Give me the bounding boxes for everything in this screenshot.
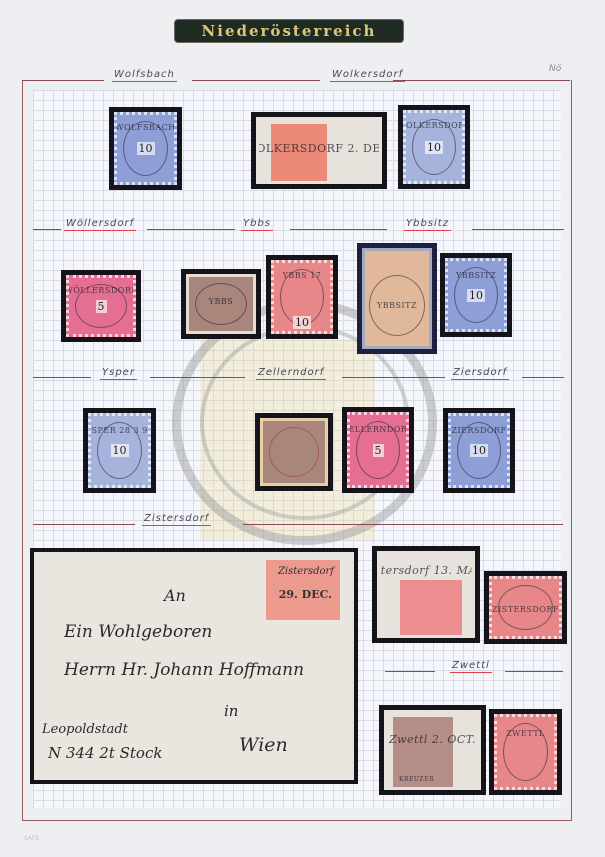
section-rule (243, 524, 563, 525)
section-rule (393, 80, 570, 81)
postmark-text: ZWETTL (506, 729, 545, 738)
stamp-mount[interactable]: WÖLLERSDORF 5 (61, 270, 141, 342)
stamp-mount[interactable]: Zistersdorf 13. MAR. (372, 546, 480, 643)
stamp: ZIERSDORF 10 (448, 413, 510, 488)
cover-postmark-town: Zistersdorf (278, 566, 334, 577)
section-rule (522, 377, 564, 378)
stamp-on-piece: Zistersdorf 13. MAR. (377, 551, 475, 638)
section-rule (150, 377, 245, 378)
corner-note: Nö (549, 64, 561, 74)
stamp-on-piece: YBBSITZ (362, 248, 432, 349)
stamp-mount[interactable]: Zwettl 2. OCT. KREUZER (379, 705, 486, 795)
section-label-woellersdorf: Wöllersdorf (64, 218, 136, 231)
stamp-on-piece: WOLKERSDORF 2. DEC. (256, 117, 382, 184)
stamp-mount[interactable]: ZIERSDORF 10 (443, 408, 515, 493)
stamp: ZWETTL (494, 714, 557, 790)
stamp-value: 5 (373, 444, 384, 457)
section-label-zwettl: Zwettl (450, 660, 492, 673)
sender-line: N 344 2t Stock (48, 744, 162, 762)
stamp-value: 10 (111, 444, 129, 457)
postmark-text: ZELLERNDORF (347, 425, 409, 434)
section-rule (472, 229, 564, 230)
sender-line: Leopoldstadt (42, 722, 128, 737)
stamp-mount[interactable]: WOLFSBACH 10 (109, 107, 182, 190)
postmark-text: YBBS (209, 297, 234, 306)
postal-cover[interactable]: Zistersdorf 29. DEC. An Ein Wohlgeboren … (30, 548, 358, 784)
stamp-value: 10 (425, 141, 443, 154)
postmark-ring (269, 427, 319, 477)
stamp: ZISTERSDORF (489, 576, 562, 639)
postmark-text: ZIERSDORF (451, 426, 506, 435)
section-rule (33, 377, 91, 378)
page-title: Niederösterreich (202, 22, 377, 40)
section-label-ysper: Ysper (100, 367, 137, 380)
stamp-value: 10 (470, 444, 488, 457)
stamp: WÖLLERSDORF 5 (66, 275, 136, 337)
address-line: An (164, 586, 186, 605)
postmark-text: YBBS 17 (283, 271, 322, 280)
postmark-text: WÖLLERSDORF (66, 286, 136, 295)
postmark-text: WOLKERSDORF 2. DEC. (256, 142, 382, 155)
postmark-text: YSPER 28 3 99 (88, 426, 151, 435)
stamp-mount[interactable]: ZWETTL (489, 709, 562, 795)
section-label-wolfsbach: Wolfsbach (112, 69, 177, 82)
page-title-plate: Niederösterreich (175, 20, 403, 42)
stamp: ZELLERNDORF 5 (347, 412, 409, 488)
stamp: YBBS 17 10 (271, 260, 333, 334)
stamp-mount[interactable]: ZISTERSDORF (484, 571, 567, 644)
postmark-text: ZISTERSDORF (492, 605, 559, 614)
stamp-value: 10 (467, 289, 485, 302)
section-rule (290, 229, 387, 230)
section-rule (342, 377, 445, 378)
section-rule (33, 229, 61, 230)
address-line: Wien (239, 734, 288, 756)
stamp-mount[interactable]: YBBSITZ 10 (440, 253, 512, 337)
address-line: Ein Wohlgeboren (64, 622, 212, 642)
stamp: WOLFSBACH 10 (114, 112, 177, 185)
stamp: WOLKERSDORF 10 (403, 110, 465, 184)
stamp: YBBS (186, 274, 256, 334)
stamp: YBBSITZ 10 (445, 258, 507, 332)
stamp (260, 418, 328, 486)
stamp-mount[interactable]: YBBS (181, 269, 261, 339)
section-rule (192, 80, 320, 81)
footer-code: SAFE (24, 835, 39, 842)
section-rule (505, 671, 563, 672)
stamp-value: 10 (293, 316, 311, 329)
postmark-text: Zwettl 2. OCT. (389, 733, 476, 746)
stamp-mount[interactable]: YBBSITZ (357, 243, 437, 354)
stamp-on-piece: Zwettl 2. OCT. KREUZER (384, 710, 481, 790)
postmark-text: WOLFSBACH (115, 123, 175, 132)
section-label-zistersdorf: Zistersdorf (142, 513, 211, 526)
stamp-value: 5 (96, 300, 107, 313)
cover-postmark-date: 29. DEC. (279, 588, 332, 601)
stamp-mount[interactable]: WOLKERSDORF 2. DEC. (251, 112, 387, 189)
section-rule (33, 524, 135, 525)
postmark-text: WOLKERSDORF (403, 121, 465, 130)
section-label-ziersdorf: Ziersdorf (451, 367, 509, 380)
stamp-value: KREUZER (399, 776, 434, 783)
section-label-wolkersdorf: Wolkersdorf (330, 69, 405, 82)
postmark-text: YBBSITZ (377, 301, 417, 310)
postmark-text: YBBSITZ (456, 271, 496, 280)
address-line: Herrn Hr. Johann Hoffmann (64, 660, 304, 680)
stamp-mount[interactable]: ZELLERNDORF 5 (342, 407, 414, 493)
section-rule (385, 671, 435, 672)
section-label-zellerndorf: Zellerndorf (256, 367, 326, 380)
address-line: in (224, 702, 238, 720)
envelope: Zistersdorf 29. DEC. An Ein Wohlgeboren … (34, 552, 354, 780)
section-rule (147, 229, 235, 230)
postmark-text: Zistersdorf 13. MAR. (377, 564, 475, 577)
stamp-mount[interactable]: WOLKERSDORF 10 (398, 105, 470, 189)
stamp-mount[interactable]: YSPER 28 3 99 10 (83, 408, 156, 493)
stamp: YSPER 28 3 99 10 (88, 413, 151, 488)
stamp-value: 10 (137, 142, 155, 155)
stamp-mount[interactable] (255, 413, 333, 491)
section-label-ybbsitz: Ybbsitz (404, 218, 451, 231)
stamp-mount[interactable]: YBBS 17 10 (266, 255, 338, 339)
section-rule (22, 80, 104, 81)
stamp-red (400, 580, 462, 638)
section-label-ybbs: Ybbs (241, 218, 273, 231)
